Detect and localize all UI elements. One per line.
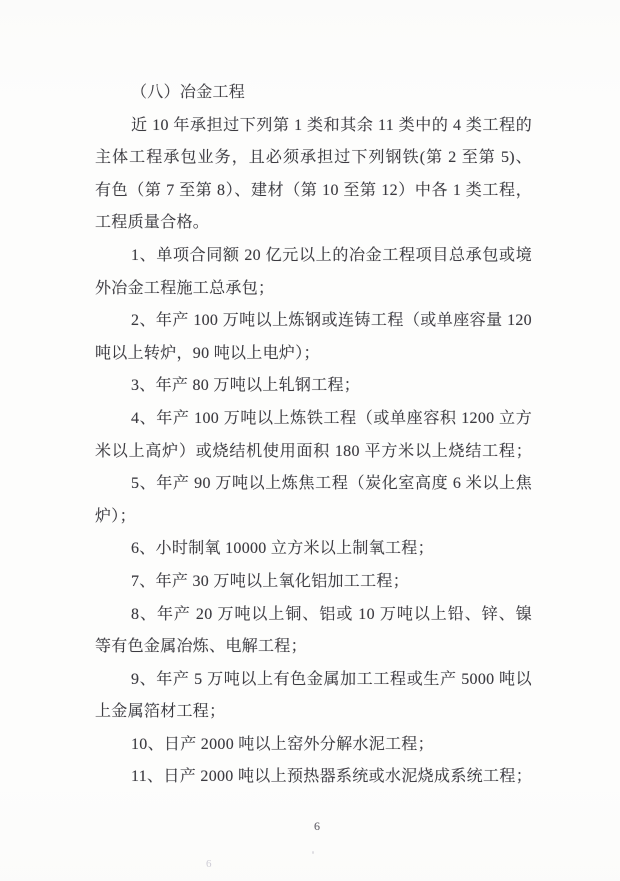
text-line: 上金属箔材工程； <box>95 696 532 729</box>
page-number: 6 <box>0 819 620 834</box>
text-line: 11、日产 2000 吨以上预热器系统或水泥烧成系统工程； <box>95 761 532 794</box>
text-line: 1、单项合同额 20 亿元以上的冶金工程项目总承包或境 <box>95 240 532 273</box>
text-line: 3、年产 80 万吨以上轧钢工程； <box>95 370 532 403</box>
document-body: （八）冶金工程近 10 年承担过下列第 1 类和其余 11 类中的 4 类工程的… <box>95 77 532 794</box>
document-page: （八）冶金工程近 10 年承担过下列第 1 类和其余 11 类中的 4 类工程的… <box>0 0 620 881</box>
text-line: 有色（第 7 至第 8）、建材（第 10 至第 12）中各 1 类工程， <box>95 175 532 208</box>
text-line: 4、年产 100 万吨以上炼铁工程（或单座容积 1200 立方 <box>95 403 532 436</box>
text-line: 2、年产 100 万吨以上炼钢或连铸工程（或单座容量 120 <box>95 305 532 338</box>
text-line: 吨以上转炉，90 吨以上电炉）； <box>95 338 532 371</box>
text-line: 9、年产 5 万吨以上有色金属加工工程或生产 5000 吨以 <box>95 664 532 697</box>
scan-speck <box>312 851 314 854</box>
faint-ghost-page-number: 6 <box>206 858 212 870</box>
text-line: 6、小时制氧 10000 立方米以上制氧工程； <box>95 533 532 566</box>
text-line: 外冶金工程施工总承包； <box>95 273 532 306</box>
text-line: 5、年产 90 万吨以上炼焦工程（炭化室高度 6 米以上焦 <box>95 468 532 501</box>
text-line: 工程质量合格。 <box>95 207 532 240</box>
text-line: 近 10 年承担过下列第 1 类和其余 11 类中的 4 类工程的 <box>95 110 532 143</box>
text-line: 等有色金属冶炼、电解工程； <box>95 631 532 664</box>
text-line: 8、年产 20 万吨以上铜、铝或 10 万吨以上铅、锌、镍 <box>95 599 532 632</box>
text-line: （八）冶金工程 <box>95 77 532 110</box>
text-line: 10、日产 2000 吨以上窑外分解水泥工程； <box>95 729 532 762</box>
text-line: 米以上高炉）或烧结机使用面积 180 平方米以上烧结工程； <box>95 436 532 469</box>
text-line: 炉）； <box>95 501 532 534</box>
text-line: 7、年产 30 万吨以上氧化铝加工工程； <box>95 566 532 599</box>
text-line: 主体工程承包业务，且必须承担过下列钢铁(第 2 至第 5)、 <box>95 142 532 175</box>
